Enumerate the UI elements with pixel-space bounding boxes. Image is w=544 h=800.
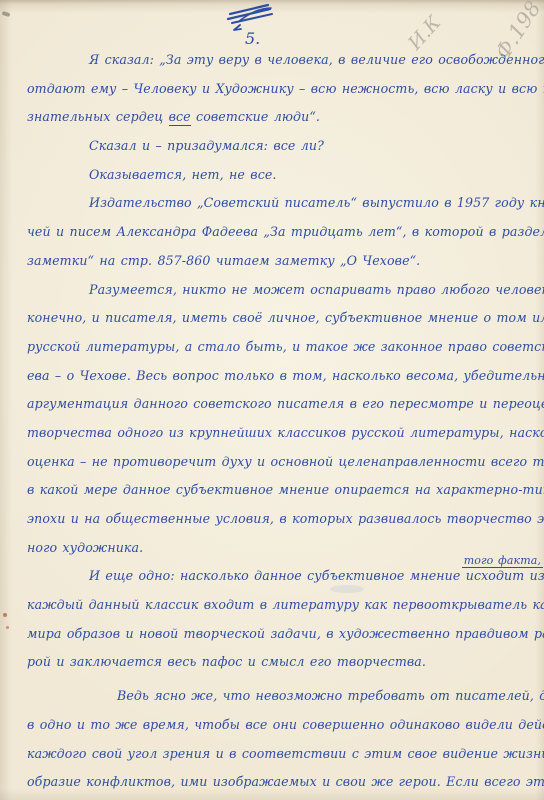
manuscript-text-block: Я сказал: „За эту веру в человека, в вел…: [27, 52, 533, 800]
manuscript-line-text: конечно, и писателя, иметь своё личное, …: [27, 310, 544, 325]
manuscript-line-text: знательных сердец: [27, 109, 169, 124]
manuscript-line-text: Я сказал: „За эту веру в человека, в вел…: [89, 52, 544, 67]
manuscript-line: Сказал и – призадумался: все ли?: [27, 138, 533, 167]
paper-speck: [3, 613, 7, 617]
manuscript-line: Разумеется, никто не может оспаривать пр…: [27, 282, 533, 311]
manuscript-line-text: в какой мере данное субъективное мнение …: [27, 482, 544, 497]
manuscript-line: И еще одно: насколько данное субъективно…: [27, 568, 533, 597]
manuscript-line-text: образие конфликтов, ими изображаемых и с…: [27, 774, 544, 789]
manuscript-line-text: Разумеется, никто не может оспаривать пр…: [89, 282, 544, 297]
pencil-archival-note-initials: И.К: [404, 12, 445, 54]
manuscript-page: 5. И.К Ф.198 Я сказал: „За эту веру в че…: [0, 0, 544, 800]
manuscript-line: эпохи и на общественные условия, в котор…: [27, 511, 533, 540]
inserted-text-above-line: того факта,: [462, 554, 543, 568]
manuscript-line: рой и заключается весь пафос и смысл его…: [27, 654, 533, 683]
manuscript-line: заметки“ на стр. 857-860 читаем заметку …: [27, 253, 533, 282]
manuscript-line-text: Сказал и – призадумался: все ли?: [89, 138, 324, 153]
manuscript-line: творчества одного из крупнейших классико…: [27, 425, 533, 454]
manuscript-line: Оказывается, нет, не все.: [27, 167, 533, 196]
manuscript-line: Издательство „Советский писатель“ выпуст…: [27, 195, 533, 224]
manuscript-line-text: Ведь ясно же, что невозможно требовать о…: [117, 688, 544, 703]
manuscript-line-text: Издательство „Советский писатель“ выпуст…: [89, 195, 544, 210]
manuscript-line: Ведь ясно же, что невозможно требовать о…: [27, 688, 533, 717]
manuscript-line-text: оценка – не противоречит духу и основной…: [27, 454, 544, 469]
manuscript-line: ного художника.: [27, 540, 533, 569]
manuscript-line: в какой мере данное субъективное мнение …: [27, 482, 533, 511]
manuscript-line-text: отдают ему – Человеку и Художнику – всю …: [27, 81, 544, 96]
manuscript-line: чей и писем Александра Фадеева „За тридц…: [27, 224, 533, 253]
manuscript-line: Я сказал: „За эту веру в человека, в вел…: [27, 52, 533, 81]
manuscript-line-text: рой и заключается весь пафос и смысл его…: [27, 654, 426, 669]
manuscript-line-text: советские люди“.: [191, 109, 320, 124]
page-number: 5.: [245, 29, 260, 48]
underlined-word: все: [169, 109, 191, 126]
manuscript-line: образие конфликтов, ими изображаемых и с…: [27, 774, 533, 800]
manuscript-line: оценка – не противоречит духу и основной…: [27, 454, 533, 483]
manuscript-line-text: в одно и то же время, чтобы все они сове…: [27, 717, 544, 732]
manuscript-line: мира образов и новой творческой задачи, …: [27, 626, 533, 655]
manuscript-line-text: чей и писем Александра Фадеева „За тридц…: [27, 224, 544, 239]
manuscript-line: каждый данный классик входит в литератур…: [27, 597, 533, 626]
ink-smudge: [330, 585, 364, 593]
manuscript-line-text: заметки“ на стр. 857-860 читаем заметку …: [27, 253, 420, 268]
manuscript-line: ева – о Чехове. Весь вопрос только в том…: [27, 368, 533, 397]
manuscript-line-text: каждый данный классик входит в литератур…: [27, 597, 544, 612]
manuscript-line: конечно, и писателя, иметь своё личное, …: [27, 310, 533, 339]
manuscript-line-text: русской литературы, а стало быть, и тако…: [27, 339, 544, 354]
paper-speck: [6, 626, 9, 629]
manuscript-line-text: мира образов и новой творческой задачи, …: [27, 626, 544, 641]
manuscript-line: в одно и то же время, чтобы все они сове…: [27, 717, 533, 746]
manuscript-line-text: каждого свой угол зрения и в соответстви…: [27, 746, 544, 761]
manuscript-line-text: И еще одно: насколько данное субъективно…: [89, 568, 544, 583]
paper-edge-mark: [2, 11, 11, 17]
manuscript-line-text: эпохи и на общественные условия, в котор…: [27, 511, 544, 526]
manuscript-line-text: аргументация данного советского писателя…: [27, 396, 544, 411]
manuscript-line: каждого свой угол зрения и в соответстви…: [27, 746, 533, 775]
manuscript-line-text: ного художника.: [27, 540, 143, 555]
manuscript-line-text: творчества одного из крупнейших классико…: [27, 425, 544, 440]
manuscript-line: аргументация данного советского писателя…: [27, 396, 533, 425]
manuscript-line-text: ева – о Чехове. Весь вопрос только в том…: [27, 368, 544, 383]
manuscript-line: русской литературы, а стало быть, и тако…: [27, 339, 533, 368]
manuscript-line-text: Оказывается, нет, не все.: [89, 167, 277, 182]
crossed-out-scribble-mark: [224, 2, 276, 32]
manuscript-line: знательных сердец все советские люди“.: [27, 109, 533, 138]
manuscript-line: отдают ему – Человеку и Художнику – всю …: [27, 81, 533, 110]
